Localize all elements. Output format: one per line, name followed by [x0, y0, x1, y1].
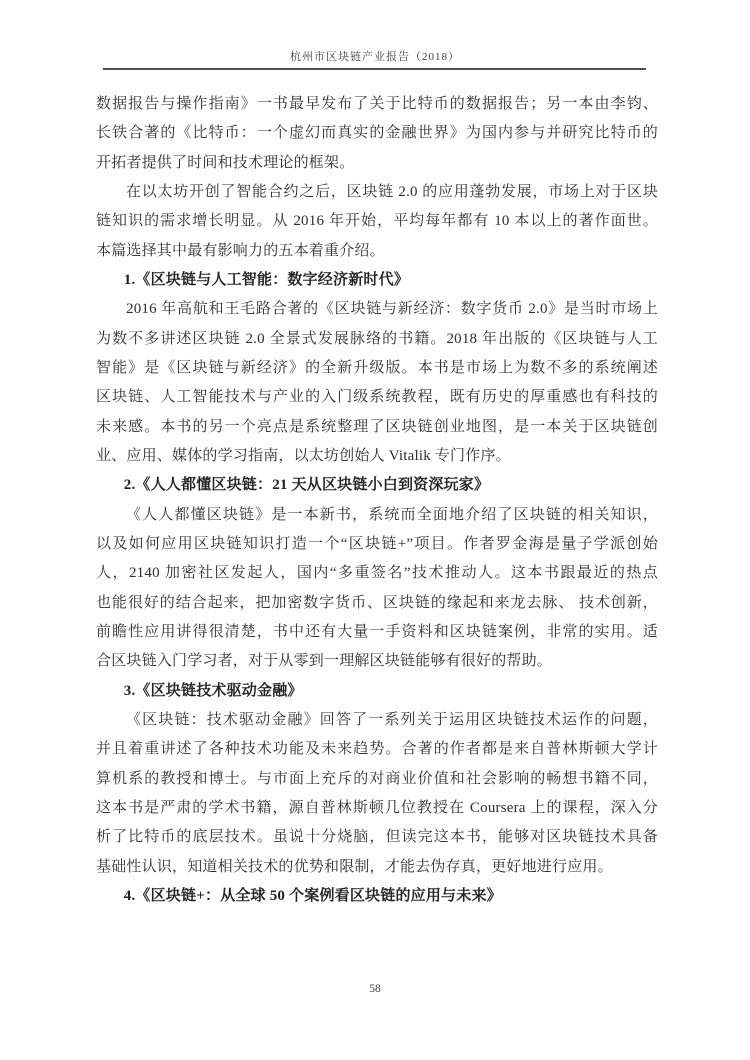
- text-line: 未来感。本书的另一个亮点是系统整理了区块链创业地图，是一本关于区块链创: [96, 413, 658, 442]
- text-line: 《区块链：技术驱动金融》回答了一系列关于运用区块链技术运作的问题，: [96, 706, 658, 735]
- text-line: 并且着重讲述了各种技术功能及未来趋势。合著的作者都是来自普林斯顿大学计: [96, 735, 658, 764]
- text-line: 合区块链入门学习者，对于从零到一理解区块链能够有很好的帮助。: [96, 647, 658, 676]
- book-heading-2: 2.《人人都懂区块链：21 天从区块链小白到资深玩家》: [96, 471, 658, 500]
- text-line: 2016 年高航和王毛路合著的《区块链与新经济：数字货币 2.0》是当时市场上: [96, 295, 658, 324]
- page-number: 58: [0, 983, 750, 995]
- text-line: 人，2140 加密社区发起人，国内“多重签名”技术推动人。这本书跟最近的热点: [96, 559, 658, 588]
- text-line: 为数不多讲述区块链 2.0 全景式发展脉络的书籍。2018 年出版的《区块链与人…: [96, 325, 658, 354]
- text-line: 前瞻性应用讲得很清楚，书中还有大量一手资料和区块链案例，非常的实用。适: [96, 618, 658, 647]
- text-line: 也能很好的结合起来，把加密数字货币、区块链的缘起和来龙去脉、 技术创新，: [96, 589, 658, 618]
- text-line: 本篇选择其中最有影响力的五本着重介绍。: [96, 237, 658, 266]
- text-line: 基础性认识，知道相关技术的优势和限制，才能去伪存真，更好地进行应用。: [96, 853, 658, 882]
- text-line: 这本书是严肃的学术书籍，源自普林斯顿几位教授在 Coursera 上的课程，深入…: [96, 794, 658, 823]
- text-line: 长铁合著的《比特币：一个虚幻而真实的金融世界》为国内参与并研究比特币的: [96, 119, 658, 148]
- text-line: 析了比特币的底层技术。虽说十分烧脑，但读完这本书，能够对区块链技术具备: [96, 823, 658, 852]
- text-line: 在以太坊开创了智能合约之后，区块链 2.0 的应用蓬勃发展，市场上对于区块: [96, 178, 658, 207]
- text-line: 智能》是《区块链与新经济》的全新升级版。本书是市场上为数不多的系统阐述: [96, 354, 658, 383]
- text-line: 区块链、人工智能技术与产业的入门级系统教程，既有历史的厚重感也有科技的: [96, 383, 658, 412]
- header-rule: [103, 68, 646, 70]
- text-line: 开拓者提供了时间和技术理论的框架。: [96, 149, 658, 178]
- book-heading-4: 4.《区块链+：从全球 50 个案例看区块链的应用与未来》: [96, 882, 658, 911]
- text-line: 数据报告与操作指南》一书最早发布了关于比特币的数据报告；另一本由李钧、: [96, 90, 658, 119]
- text-line: 链知识的需求增长明显。从 2016 年开始，平均每年都有 10 本以上的著作面世…: [96, 207, 658, 236]
- text-line: 算机系的教授和博士。与市面上充斥的对商业价值和社会影响的畅想书籍不同，: [96, 765, 658, 794]
- document-body: 数据报告与操作指南》一书最早发布了关于比特币的数据报告；另一本由李钧、 长铁合著…: [96, 90, 658, 911]
- book-heading-3: 3.《区块链技术驱动金融》: [96, 677, 658, 706]
- document-page: { "header": { "title": "杭州市区块链产业报告（2018）…: [0, 0, 750, 1060]
- text-line: 《人人都懂区块链》是一本新书，系统而全面地介绍了区块链的相关知识，: [96, 501, 658, 530]
- text-line: 业、应用、媒体的学习指南，以太坊创始人 Vitalik 专门作序。: [96, 442, 658, 471]
- page-header-title: 杭州市区块链产业报告（2018）: [0, 48, 750, 64]
- book-heading-1: 1.《区块链与人工智能：数字经济新时代》: [96, 266, 658, 295]
- text-line: 以及如何应用区块链知识打造一个“区块链+”项目。作者罗金海是量子学派创始: [96, 530, 658, 559]
